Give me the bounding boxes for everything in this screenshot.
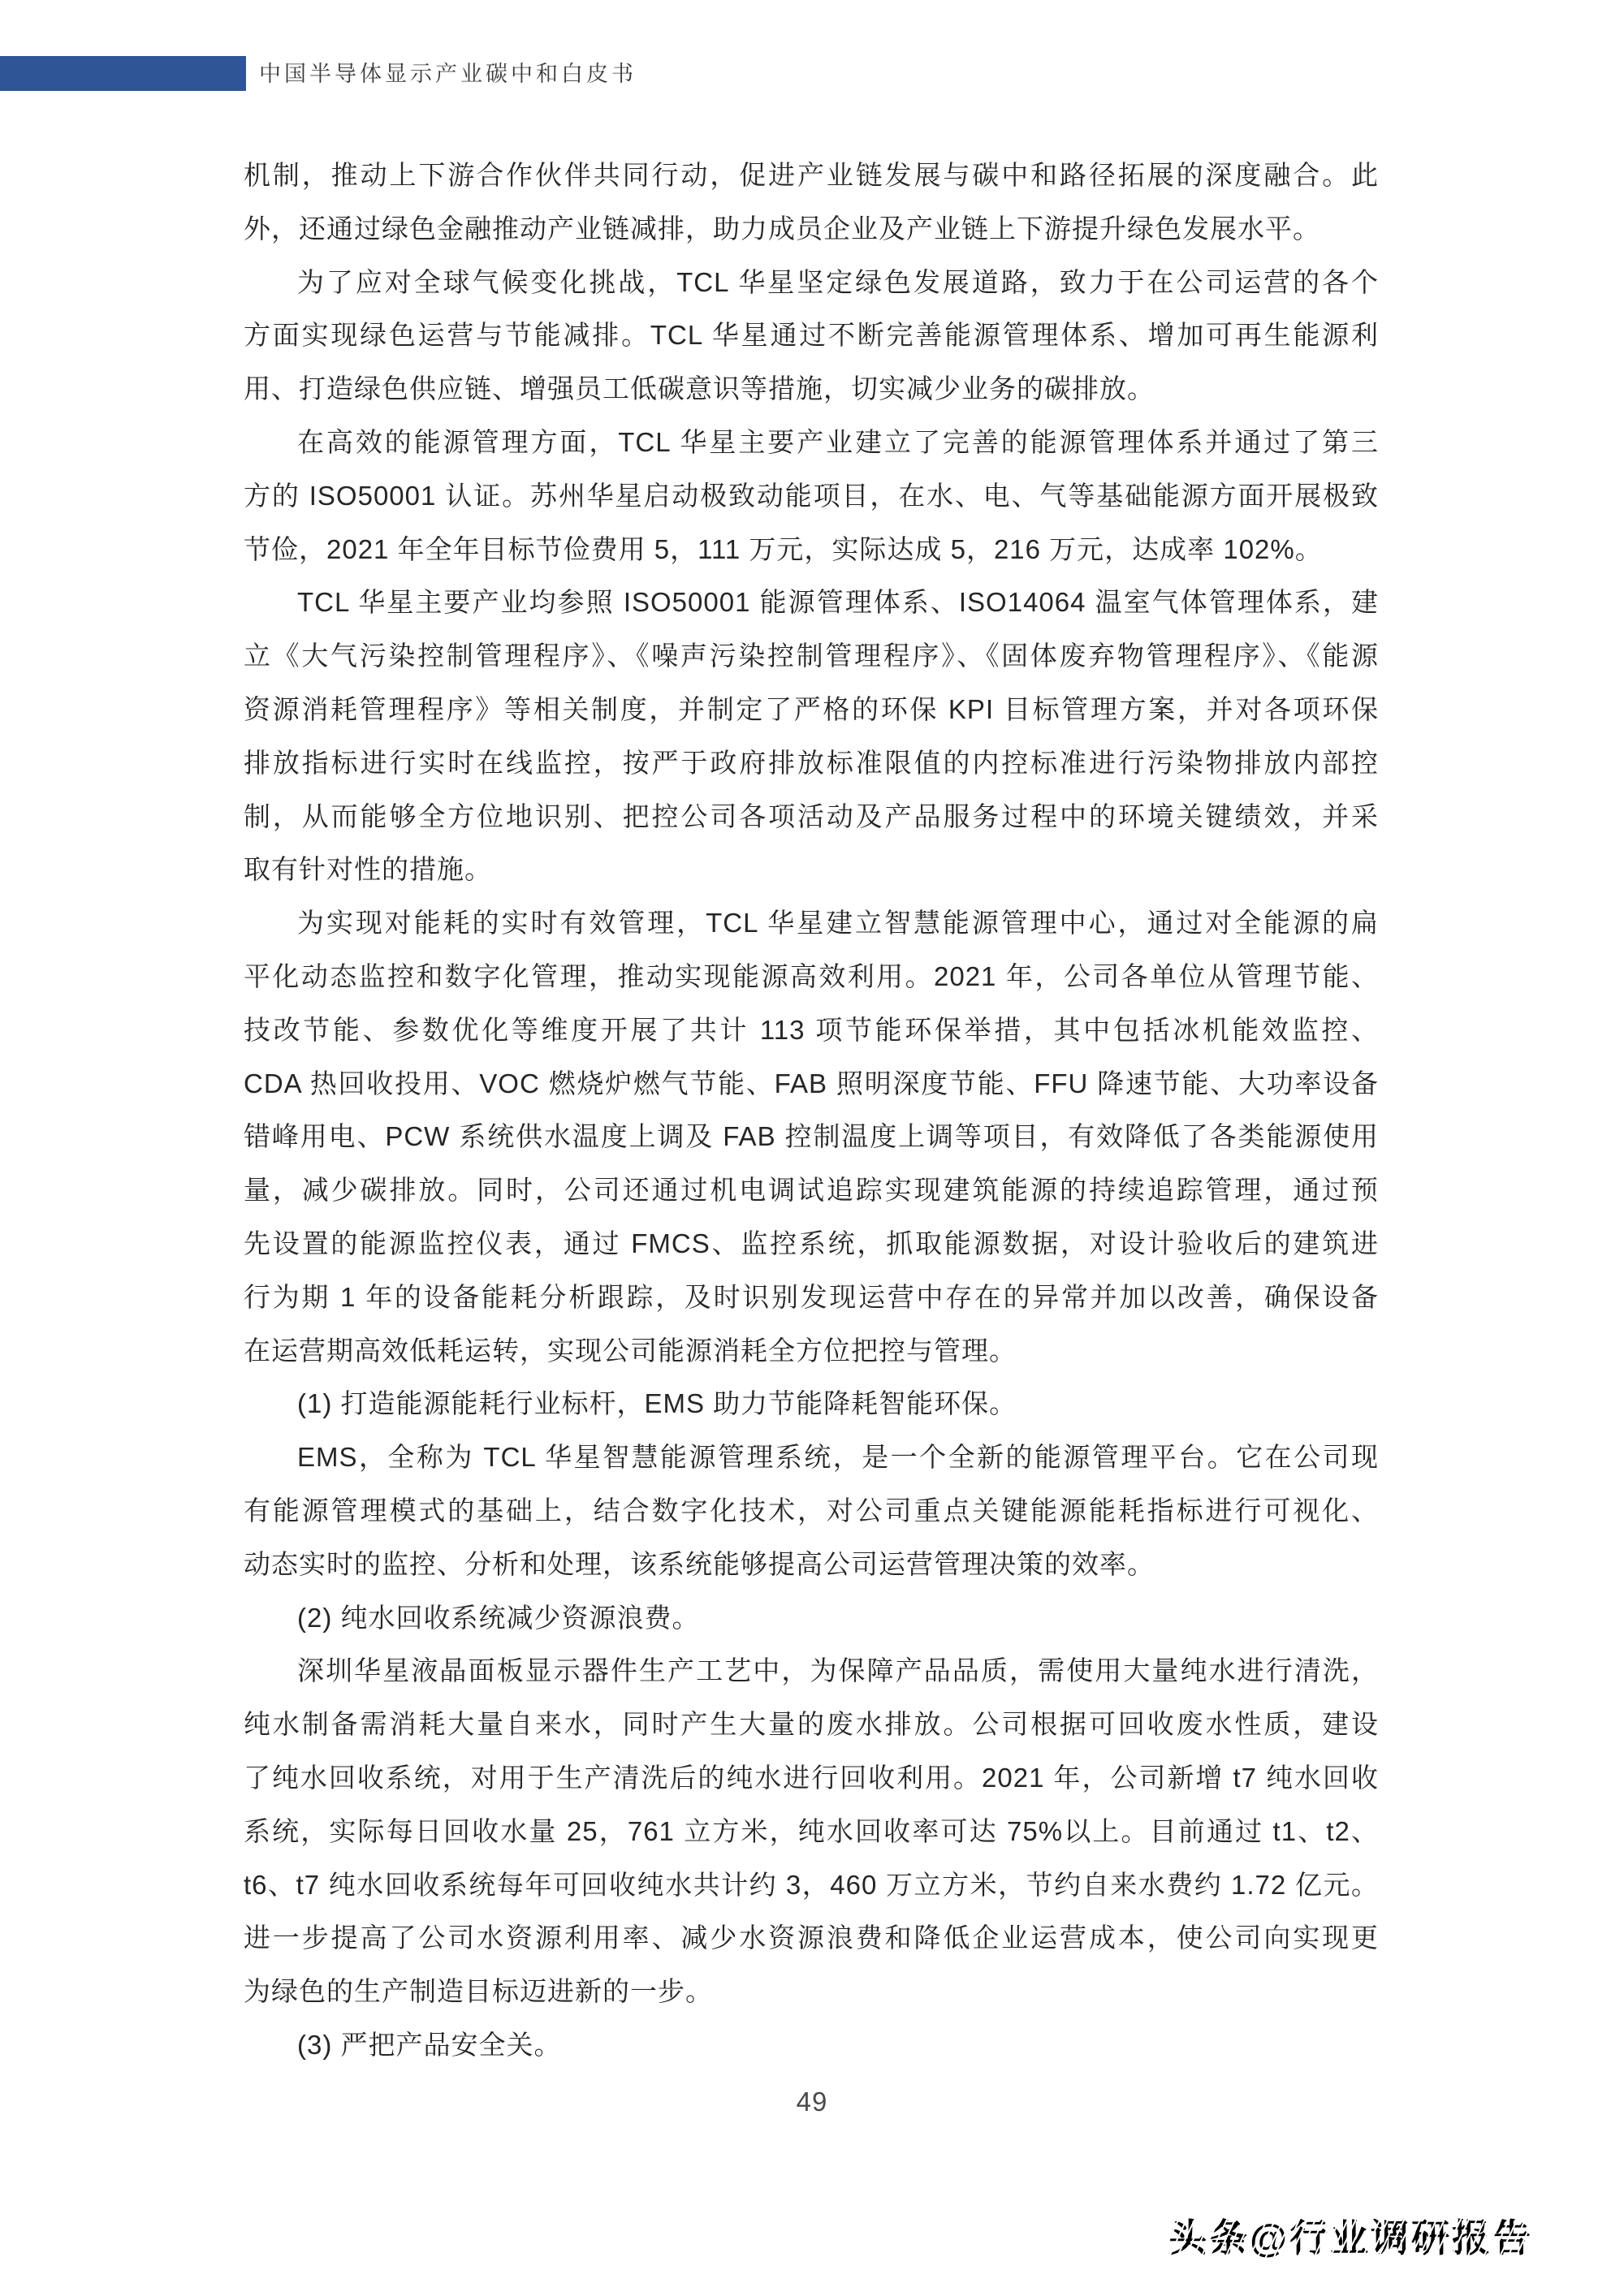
text-line: 制，从而能够全方位地识别、把控公司各项活动及产品服务过程中的环境关键绩效，并采 — [244, 790, 1379, 844]
text-line: TCL 华星主要产业均参照 ISO50001 能源管理体系、ISO14064 温… — [244, 576, 1379, 629]
text-line: 在高效的能源管理方面，TCL 华星主要产业建立了完善的能源管理体系并通过了第三 — [244, 416, 1379, 469]
text-line: 有能源管理模式的基础上，结合数字化技术，对公司重点关键能源能耗指标进行可视化、 — [244, 1484, 1379, 1538]
text-line: 方的 ISO50001 认证。苏州华星启动极致动能项目，在水、电、气等基础能源方… — [244, 469, 1379, 523]
text-line: 深圳华星液晶面板显示器件生产工艺中，为保障产品品质，需使用大量纯水进行清洗， — [244, 1644, 1379, 1698]
text-line: 用、打造绿色供应链、增强员工低碳意识等措施，切实减少业务的碳排放。 — [244, 362, 1379, 416]
body-text: 机制，推动上下游合作伙伴共同行动，促进产业链发展与碳中和路径拓展的深度融合。此外… — [244, 149, 1379, 2072]
text-line: (3) 严把产品安全关。 — [244, 2018, 1379, 2072]
text-line: 平化动态监控和数字化管理，推动实现能源高效利用。2021 年，公司各单位从管理节… — [244, 950, 1379, 1003]
text-line: 为实现对能耗的实时有效管理，TCL 华星建立智慧能源管理中心，通过对全能源的扁 — [244, 896, 1379, 950]
text-line: 机制，推动上下游合作伙伴共同行动，促进产业链发展与碳中和路径拓展的深度融合。此 — [244, 149, 1379, 202]
text-line: (1) 打造能源能耗行业标杆，EMS 助力节能降耗智能环保。 — [244, 1377, 1379, 1431]
text-line: EMS，全称为 TCL 华星智慧能源管理系统，是一个全新的能源管理平台。它在公司… — [244, 1431, 1379, 1484]
text-line: 立《大气污染控制管理程序》、《噪声污染控制管理程序》、《固体废弃物管理程序》、《… — [244, 629, 1379, 683]
text-line: 外，还通过绿色金融推动产业链减排，助力成员企业及产业链上下游提升绿色发展水平。 — [244, 202, 1379, 256]
text-line: 行为期 1 年的设备能耗分析跟踪，及时识别发现运营中存在的异常并加以改善，确保设… — [244, 1271, 1379, 1324]
text-line: 纯水制备需消耗大量自来水，同时产生大量的废水排放。公司根据可回收废水性质，建设 — [244, 1698, 1379, 1751]
page-header-title: 中国半导体显示产业碳中和白皮书 — [259, 56, 637, 91]
text-line: 错峰用电、PCW 系统供水温度上调及 FAB 控制温度上调等项目，有效降低了各类… — [244, 1110, 1379, 1163]
document-page: 中国半导体显示产业碳中和白皮书 机制，推动上下游合作伙伴共同行动，促进产业链发展… — [0, 0, 1624, 2296]
header-accent-bar — [0, 56, 246, 91]
text-line: 进一步提高了公司水资源利用率、减少水资源浪费和降低企业运营成本，使公司向实现更 — [244, 1911, 1379, 1965]
text-line: 了纯水回收系统，对用于生产清洗后的纯水进行回收利用。2021 年，公司新增 t7… — [244, 1751, 1379, 1805]
text-line: 先设置的能源监控仪表，通过 FMCS、监控系统，抓取能源数据，对设计验收后的建筑… — [244, 1217, 1379, 1271]
text-line: t6、t7 纯水回收系统每年可回收纯水共计约 3，460 万立方米，节约自来水费… — [244, 1858, 1379, 1912]
text-line: 技改节能、参数优化等维度开展了共计 113 项节能环保举措，其中包括冰机能效监控… — [244, 1003, 1379, 1057]
text-line: 为了应对全球气候变化挑战，TCL 华星坚定绿色发展道路，致力于在公司运营的各个 — [244, 256, 1379, 309]
text-line: 取有针对性的措施。 — [244, 843, 1379, 896]
text-line: 为绿色的生产制造目标迈进新的一步。 — [244, 1965, 1379, 2018]
text-line: (2) 纯水回收系统减少资源浪费。 — [244, 1591, 1379, 1645]
text-line: 方面实现绿色运营与节能减排。TCL 华星通过不断完善能源管理体系、增加可再生能源… — [244, 309, 1379, 362]
text-line: 在运营期高效低耗运转，实现公司能源消耗全方位把控与管理。 — [244, 1324, 1379, 1378]
text-line: 节俭，2021 年全年目标节俭费用 5，111 万元，实际达成 5，216 万元… — [244, 523, 1379, 576]
text-line: 排放指标进行实时在线监控，按严于政府排放标准限值的内控标准进行污染物排放内部控 — [244, 736, 1379, 790]
text-line: 系统，实际每日回收水量 25，761 立方米，纯水回收率可达 75%以上。目前通… — [244, 1805, 1379, 1858]
page-number: 49 — [0, 2087, 1624, 2117]
text-line: 资源消耗管理程序》等相关制度，并制定了严格的环保 KPI 目标管理方案，并对各项… — [244, 683, 1379, 736]
watermark: 头条@行业调研报告 — [1168, 2208, 1533, 2263]
text-line: CDA 热回收投用、VOC 燃烧炉燃气节能、FAB 照明深度节能、FFU 降速节… — [244, 1057, 1379, 1111]
text-line: 量，减少碳排放。同时，公司还通过机电调试追踪实现建筑能源的持续追踪管理，通过预 — [244, 1163, 1379, 1217]
text-line: 动态实时的监控、分析和处理，该系统能够提高公司运营管理决策的效率。 — [244, 1538, 1379, 1591]
